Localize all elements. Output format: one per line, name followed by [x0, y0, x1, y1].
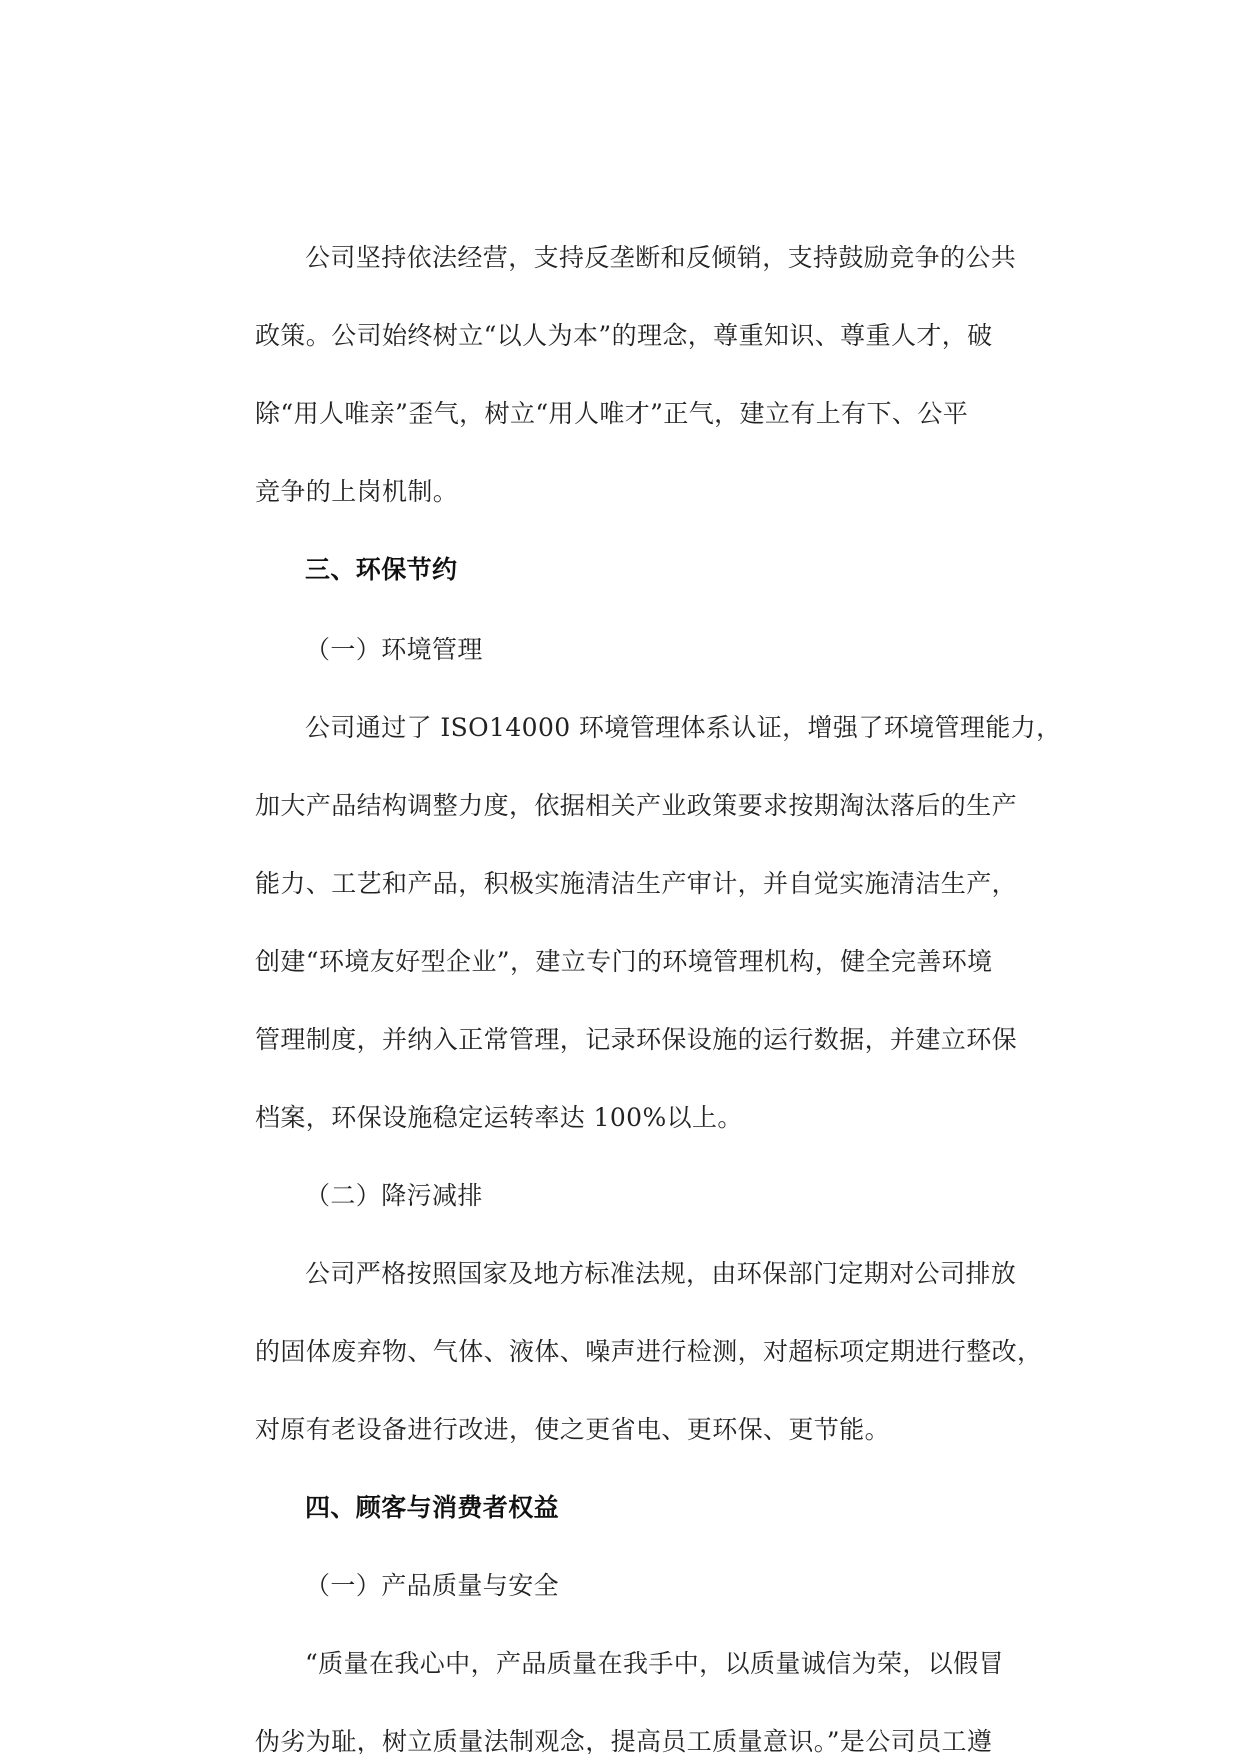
document-page: 公司坚持依法经营，支持反垄断和反倾销，支持鼓励竞争的公共 政策。公司始终树立“以… [0, 0, 1241, 1754]
paragraph-line: 创建“环境友好型企业”，建立专门的环境管理机构，健全完善环境 [255, 946, 993, 978]
subsection-heading-environment-management: （一）环境管理 [305, 634, 483, 666]
paragraph-line: 政策。公司始终树立“以人为本”的理念，尊重知识、尊重人才，破 [255, 320, 993, 352]
section-heading-consumer-rights: 四、顾客与消费者权益 [305, 1492, 559, 1524]
paragraph-line: 竞争的上岗机制。 [255, 476, 458, 508]
paragraph-line: 能力、工艺和产品，积极实施清洁生产审计，并自觉实施清洁生产， [255, 868, 1017, 900]
paragraph-line: 加大产品结构调整力度，依据相关产业政策要求按期淘汰落后的生产 [255, 790, 1017, 822]
paragraph-line: 除“用人唯亲”歪气，树立“用人唯才”正气，建立有上有下、公平 [255, 398, 968, 430]
subsection-heading-product-quality: （一）产品质量与安全 [305, 1570, 559, 1602]
section-heading-environment: 三、环保节约 [305, 554, 457, 586]
paragraph-line: 公司坚持依法经营，支持反垄断和反倾销，支持鼓励竞争的公共 [305, 242, 1016, 274]
paragraph-line: 档案，环保设施稳定运转率达 100%以上。 [255, 1102, 743, 1134]
paragraph-line: 管理制度，并纳入正常管理，记录环保设施的运行数据，并建立环保 [255, 1024, 1017, 1056]
paragraph-line: 公司通过了 ISO14000 环境管理体系认证，增强了环境管理能力， [305, 712, 1062, 744]
paragraph-line: 对原有老设备进行改进，使之更省电、更环保、更节能。 [255, 1414, 890, 1446]
paragraph-line: 的固体废弃物、气体、液体、噪声进行检测，对超标项定期进行整改， [255, 1336, 1042, 1368]
subsection-heading-pollution-reduction: （二）降污减排 [305, 1180, 483, 1212]
paragraph-line: “质量在我心中，产品质量在我手中，以质量诚信为荣，以假冒 [305, 1648, 1004, 1680]
paragraph-line: 伪劣为耻，树立质量法制观念，提高员工质量意识。”是公司员工遵 [255, 1726, 992, 1754]
paragraph-line: 公司严格按照国家及地方标准法规，由环保部门定期对公司排放 [305, 1258, 1016, 1290]
